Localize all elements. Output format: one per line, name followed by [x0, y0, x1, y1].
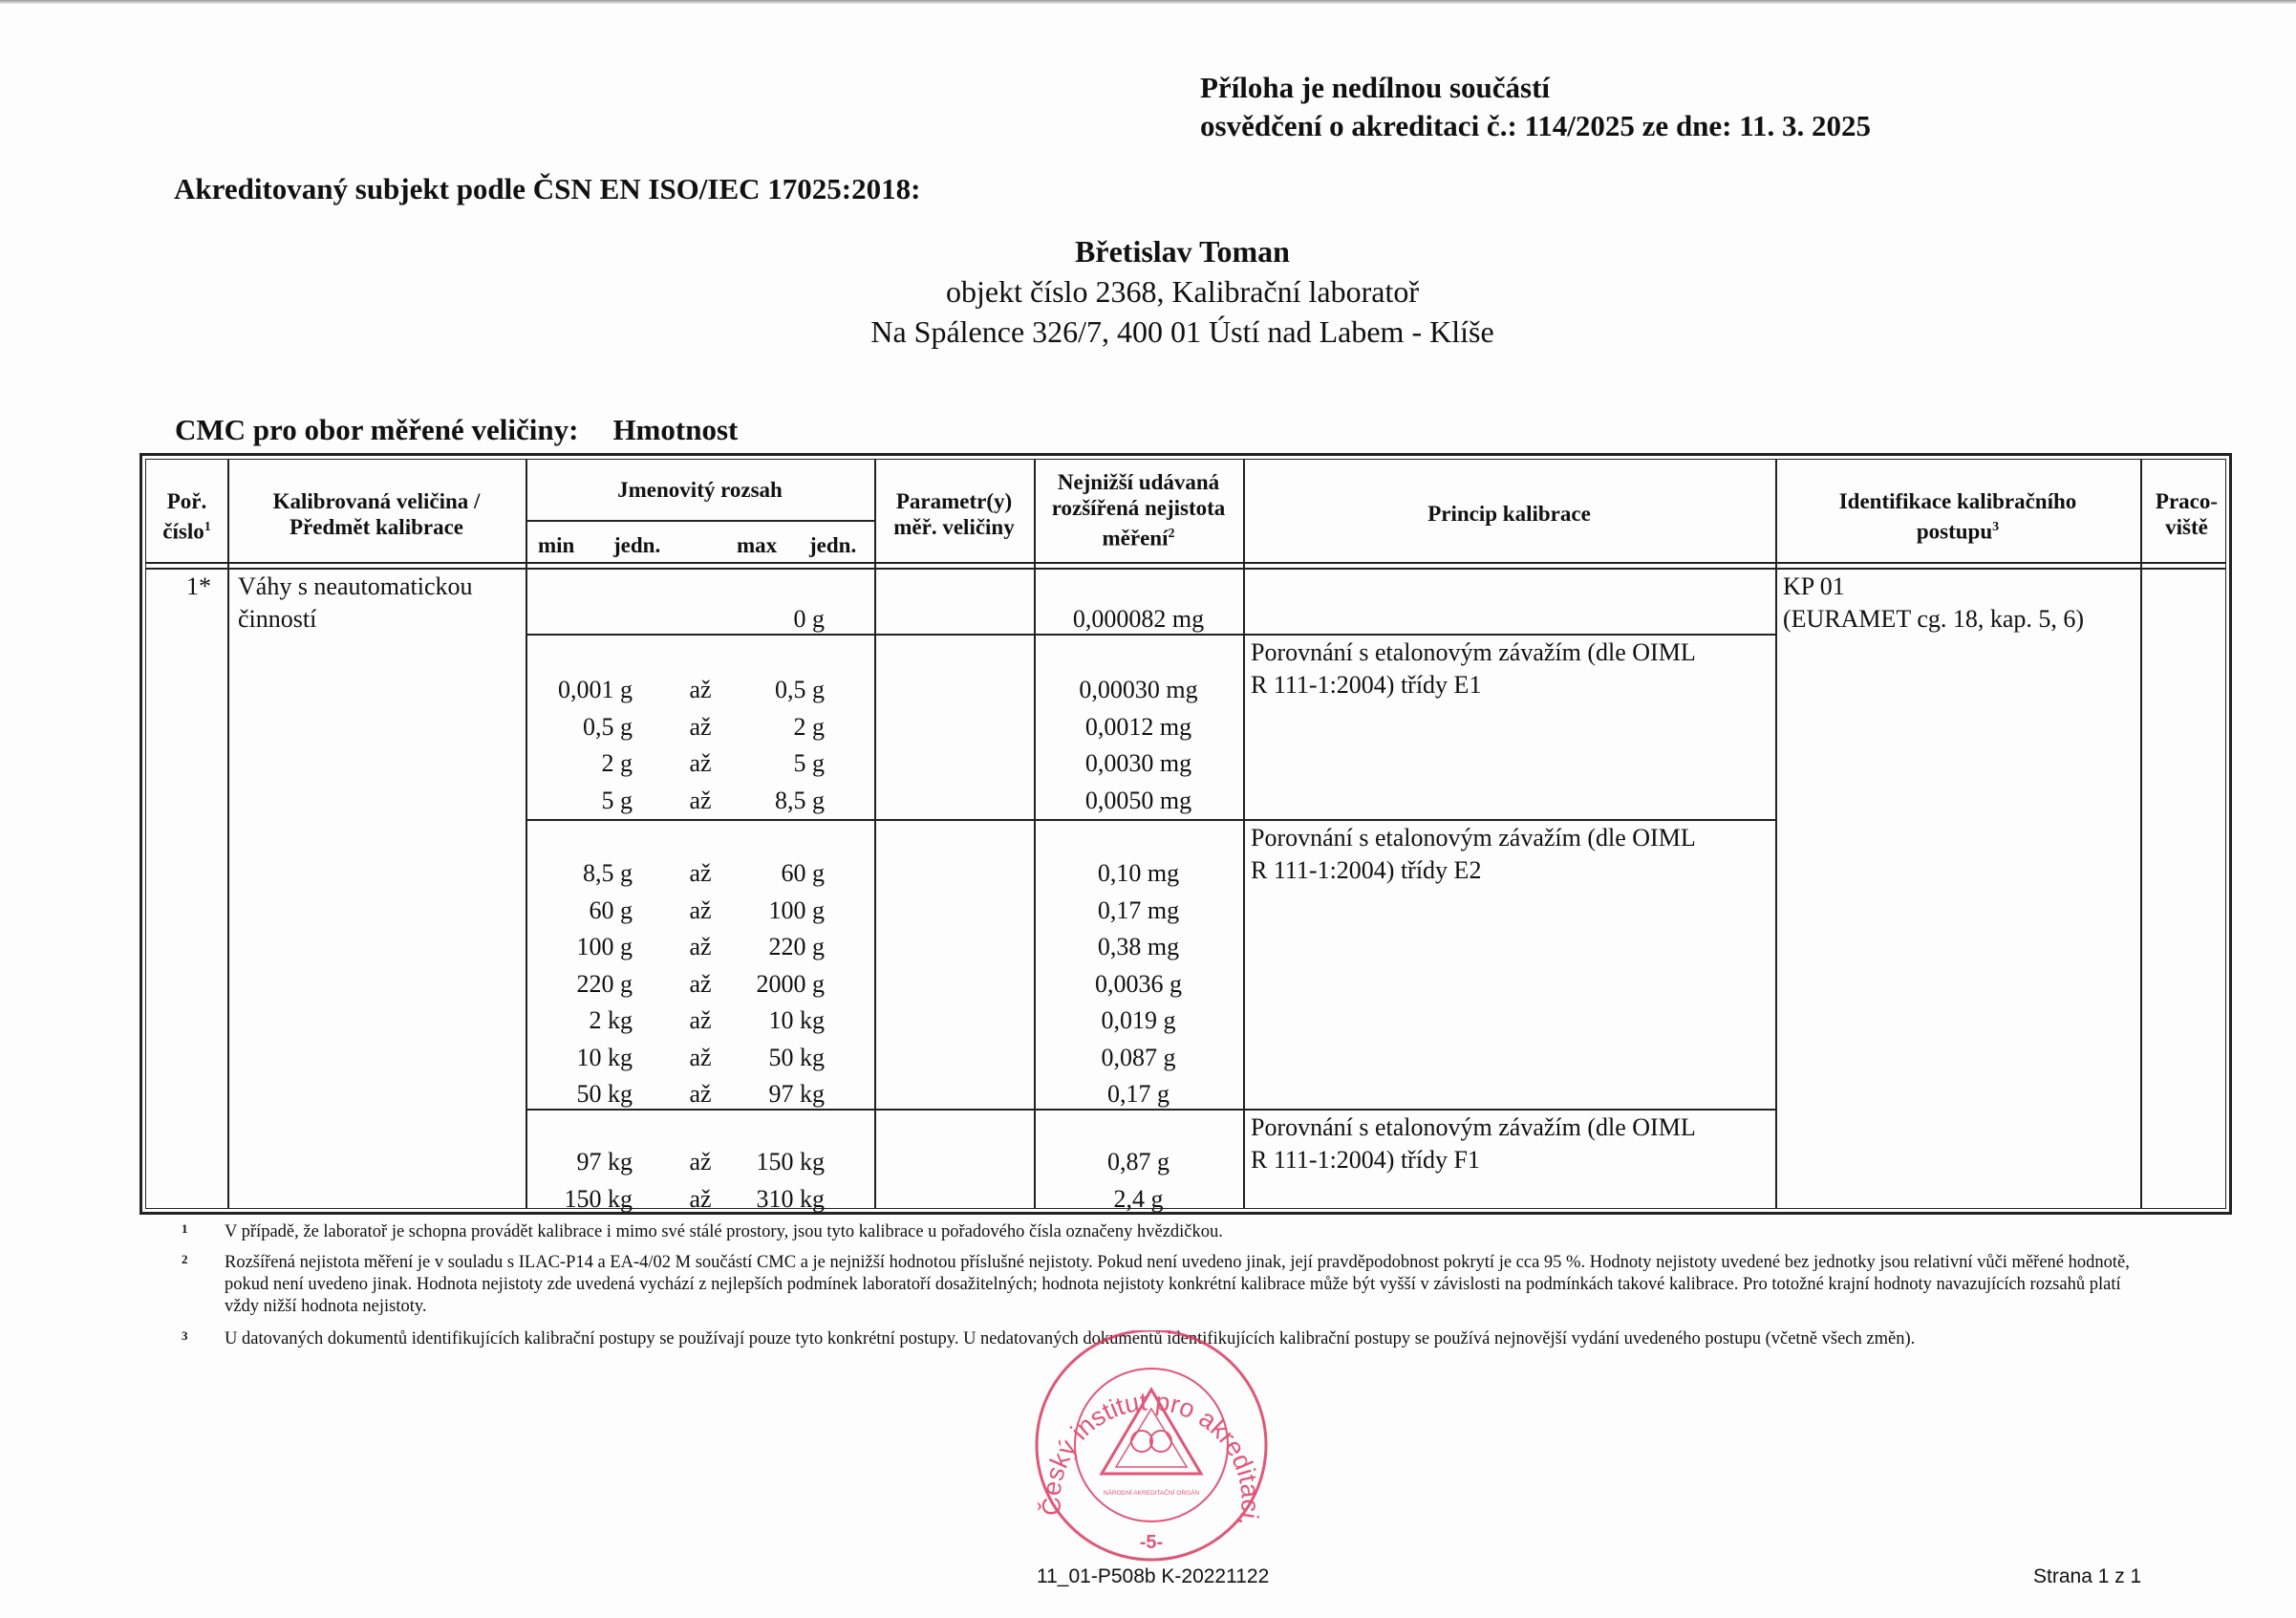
range-uncertainty: 0,00030 mg [1034, 672, 1243, 708]
procedure-line1: KP 01 [1783, 569, 1845, 605]
range-max: 60 g [719, 855, 825, 892]
range-uncertainty: 0,17 mg [1034, 893, 1243, 929]
header-number-text: číslo [162, 520, 204, 544]
row-item-line2: činností [238, 601, 316, 637]
range-max: 0,5 g [719, 672, 825, 708]
range-subheader-divider [526, 520, 874, 522]
lab-address: Na Spálence 326/7, 400 01 Ústí nad Labem… [34, 312, 2296, 352]
attachment-line-1: Příloha je nedílnou součástí [1200, 69, 1871, 107]
col-divider [2140, 460, 2142, 1208]
header-unit-1: jedn. [613, 532, 660, 558]
header-item-line2: Předmět kalibrace [227, 514, 526, 540]
scan-top-edge [0, 0, 2296, 4]
range-uncertainty: 0,0030 mg [1034, 745, 1243, 782]
header-site-line1: Praco- [2140, 488, 2233, 514]
footnote-mark: 2 [182, 1248, 188, 1270]
principle-line2: R 111-1:2004) třídy E2 [1251, 852, 1481, 889]
range-uncertainty: 0,019 g [1034, 1003, 1243, 1039]
range-max: 2000 g [719, 966, 825, 1003]
header-parameter-line1: Parametr(y) [874, 488, 1034, 514]
col-divider [227, 460, 229, 1208]
principle-line1: Porovnání s etalonovým závažím (dle OIML [1251, 1110, 1696, 1146]
range-min: 220 g [526, 966, 633, 1003]
principle-line2: R 111-1:2004) třídy F1 [1251, 1142, 1480, 1178]
document-code: 11_01-P508b K-20221122 [1037, 1565, 1269, 1588]
header-range: Jmenovitý rozsah [526, 477, 874, 503]
range-min: 10 kg [526, 1040, 633, 1076]
header-number: Poř. číslo1 [146, 488, 227, 545]
lab-object: objekt číslo 2368, Kalibrační laboratoř [34, 271, 2296, 312]
range-max: 220 g [719, 929, 825, 965]
page-number: Strana 1 z 1 [2033, 1565, 2141, 1588]
stamp-number: -5- [1140, 1532, 1163, 1553]
range-uncertainty: 0,0012 mg [1034, 709, 1243, 745]
range-uncertainty: 0,87 g [1034, 1144, 1243, 1180]
document-page: Příloha je nedílnou součástí osvědčení o… [0, 0, 2296, 1618]
range-uncertainty: 0,38 mg [1034, 929, 1243, 965]
range-uncertainty: 0,10 mg [1034, 855, 1243, 892]
header-divider [146, 562, 2225, 564]
cmc-table: Poř. číslo1 Kalibrovaná veličina / Předm… [139, 453, 2232, 1215]
zero-uncertainty: 0,000082 mg [1034, 601, 1243, 637]
header-site: Praco- viště [2140, 488, 2233, 540]
header-parameter-line2: měř. veličiny [874, 514, 1034, 540]
header-procedure-line2: postupu3 [1775, 514, 2140, 545]
range-min: 97 kg [526, 1144, 633, 1180]
range-min: 2 kg [526, 1003, 633, 1039]
footnote-text: Rozšířená nejistota měření je v souladu … [225, 1252, 2145, 1318]
principle-line1: Porovnání s etalonovým závažím (dle OIML [1251, 820, 1696, 856]
range-min: 0,5 g [526, 709, 633, 745]
header-site-line2: viště [2140, 514, 2233, 540]
range-max: 5 g [719, 745, 825, 782]
accreditation-stamp: Český institut pro akreditaci, o.p.s. NÁ… [1010, 1330, 1293, 1569]
lab-info: Břetislav Toman objekt číslo 2368, Kalib… [0, 231, 2296, 352]
range-max: 10 kg [719, 1003, 825, 1039]
range-min: 2 g [526, 745, 633, 782]
range-uncertainty: 0,0036 g [1034, 966, 1243, 1003]
header-number-line2: číslo1 [146, 514, 227, 545]
accredited-subject-heading: Akreditovaný subjekt podle ČSN EN ISO/IE… [174, 172, 920, 206]
cmc-label: CMC pro obor měřené veličiny: [175, 413, 578, 446]
range-max: 150 kg [719, 1144, 825, 1180]
range-max: 50 kg [719, 1040, 825, 1076]
footnote-ref: 2 [1168, 527, 1174, 541]
col-divider [1775, 460, 1777, 1208]
row-item-line1: Váhy s neautomatickou [238, 569, 473, 605]
header-uncertainty-line2: rozšířená nejistota [1034, 495, 1243, 521]
header-uncertainty-text: měření [1103, 527, 1169, 550]
header-principle: Princip kalibrace [1243, 501, 1775, 527]
range-uncertainty: 0,0050 mg [1034, 783, 1243, 819]
procedure-line2: (EURAMET cg. 18, kap. 5, 6) [1783, 601, 2084, 637]
header-item: Kalibrovaná veličina / Předmět kalibrace [227, 488, 526, 540]
header-uncertainty-line1: Nejnižší udávaná [1034, 469, 1243, 495]
cmc-quantity: Hmotnost [612, 413, 738, 446]
header-uncertainty-line3: měření2 [1034, 521, 1243, 551]
range-min: 5 g [526, 783, 633, 819]
principle-line2: R 111-1:2004) třídy E1 [1251, 667, 1481, 703]
attachment-line-2: osvědčení o akreditaci č.: 114/2025 ze d… [1200, 107, 1871, 145]
range-max: 2 g [719, 709, 825, 745]
header-uncertainty: Nejnižší udávaná rozšířená nejistota měř… [1034, 469, 1243, 551]
range-uncertainty: 2,4 g [1034, 1181, 1243, 1218]
range-min: 8,5 g [526, 855, 633, 892]
zero-max: 0 g [719, 601, 825, 637]
range-min: 50 kg [526, 1076, 633, 1112]
row-number: 1* [146, 569, 211, 605]
col-divider [874, 460, 876, 1208]
header-min: min [538, 532, 574, 558]
range-max: 8,5 g [719, 783, 825, 819]
stamp-logo-circle [1150, 1431, 1171, 1452]
header-procedure: Identifikace kalibračního postupu3 [1775, 488, 2140, 545]
range-max: 97 kg [719, 1076, 825, 1112]
range-max: 310 kg [719, 1181, 825, 1218]
footnote-mark: 1 [182, 1218, 188, 1240]
footnote-ref: 1 [204, 520, 211, 534]
footnote-ref: 3 [1992, 520, 1999, 534]
range-uncertainty: 0,17 g [1034, 1076, 1243, 1112]
range-min: 100 g [526, 929, 633, 965]
header-item-line1: Kalibrovaná veličina / [227, 488, 526, 514]
header-number-line1: Poř. [146, 488, 227, 514]
header-max: max [737, 532, 777, 558]
col-divider [1243, 460, 1245, 1208]
range-uncertainty: 0,087 g [1034, 1040, 1243, 1076]
range-min: 0,001 g [526, 672, 633, 708]
range-max: 100 g [719, 893, 825, 929]
header-procedure-text: postupu [1917, 520, 1992, 544]
range-min: 150 kg [526, 1181, 633, 1218]
lab-name: Břetislav Toman [34, 231, 2296, 271]
footnote-mark: 3 [182, 1325, 188, 1347]
header-unit-2: jedn. [809, 532, 856, 558]
attachment-note: Příloha je nedílnou součástí osvědčení o… [1200, 69, 1871, 145]
footnote-text: V případě, že laboratoř je schopna prová… [225, 1221, 2145, 1243]
cmc-heading: CMC pro obor měřené veličiny:Hmotnost [175, 413, 738, 447]
stamp-inner-text: NÁRODNÍ AKREDITAČNÍ ORGÁN [1104, 1488, 1200, 1497]
principle-line1: Porovnání s etalonovým závažím (dle OIML [1251, 635, 1696, 671]
header-parameter: Parametr(y) měř. veličiny [874, 488, 1034, 540]
range-min: 60 g [526, 893, 633, 929]
stamp-logo-circle [1131, 1431, 1152, 1452]
header-procedure-line1: Identifikace kalibračního [1775, 488, 2140, 514]
